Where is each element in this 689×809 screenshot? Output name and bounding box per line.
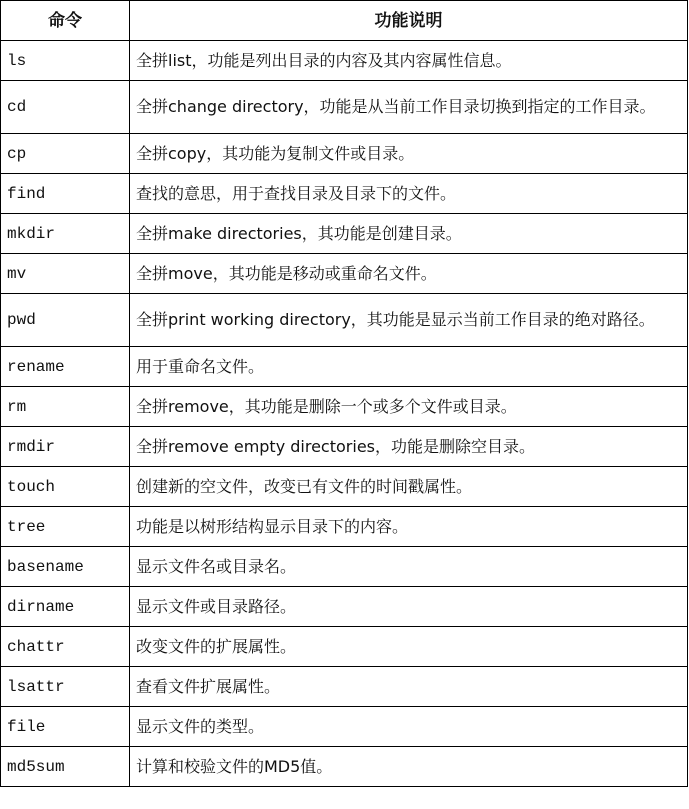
- command-cell: md5sum: [1, 747, 130, 787]
- command-cell: rm: [1, 387, 130, 427]
- description-cell: 改变文件的扩展属性。: [130, 627, 688, 667]
- command-cell: dirname: [1, 587, 130, 627]
- description-cell: 查找的意思，用于查找目录及目录下的文件。: [130, 174, 688, 214]
- description-cell: 全拼move，其功能是移动或重命名文件。: [130, 254, 688, 294]
- command-cell: pwd: [1, 294, 130, 347]
- table-row: touch 创建新的空文件，改变已有文件的时间戳属性。: [1, 467, 688, 507]
- table-row: lsattr 查看文件扩展属性。: [1, 667, 688, 707]
- table-row: pwd 全拼print working directory，其功能是显示当前工作…: [1, 294, 688, 347]
- table-row: rmdir 全拼remove empty directories，功能是删除空目…: [1, 427, 688, 467]
- command-cell: find: [1, 174, 130, 214]
- table-row: dirname 显示文件或目录路径。: [1, 587, 688, 627]
- command-cell: file: [1, 707, 130, 747]
- command-cell: touch: [1, 467, 130, 507]
- table-row: mkdir 全拼make directories，其功能是创建目录。: [1, 214, 688, 254]
- description-cell: 计算和校验文件的MD5值。: [130, 747, 688, 787]
- table-row: cp 全拼copy，其功能为复制文件或目录。: [1, 134, 688, 174]
- table-row: tree 功能是以树形结构显示目录下的内容。: [1, 507, 688, 547]
- command-cell: rmdir: [1, 427, 130, 467]
- table-row: mv 全拼move，其功能是移动或重命名文件。: [1, 254, 688, 294]
- command-table: 命令 功能说明 ls 全拼list，功能是列出目录的内容及其内容属性信息。 cd…: [0, 0, 688, 787]
- table-row: find 查找的意思，用于查找目录及目录下的文件。: [1, 174, 688, 214]
- command-cell: mv: [1, 254, 130, 294]
- description-cell: 查看文件扩展属性。: [130, 667, 688, 707]
- description-cell: 全拼print working directory，其功能是显示当前工作目录的绝…: [130, 294, 688, 347]
- header-description: 功能说明: [130, 1, 688, 41]
- description-cell: 全拼remove empty directories，功能是删除空目录。: [130, 427, 688, 467]
- command-cell: lsattr: [1, 667, 130, 707]
- command-cell: cd: [1, 81, 130, 134]
- table-row: cd 全拼change directory，功能是从当前工作目录切换到指定的工作…: [1, 81, 688, 134]
- command-cell: tree: [1, 507, 130, 547]
- command-cell: cp: [1, 134, 130, 174]
- description-cell: 全拼copy，其功能为复制文件或目录。: [130, 134, 688, 174]
- header-command: 命令: [1, 1, 130, 41]
- command-cell: chattr: [1, 627, 130, 667]
- description-cell: 功能是以树形结构显示目录下的内容。: [130, 507, 688, 547]
- description-cell: 显示文件的类型。: [130, 707, 688, 747]
- table-header-row: 命令 功能说明: [1, 1, 688, 41]
- description-cell: 创建新的空文件，改变已有文件的时间戳属性。: [130, 467, 688, 507]
- description-cell: 全拼make directories，其功能是创建目录。: [130, 214, 688, 254]
- table-row: md5sum 计算和校验文件的MD5值。: [1, 747, 688, 787]
- table-row: chattr 改变文件的扩展属性。: [1, 627, 688, 667]
- command-cell: ls: [1, 41, 130, 81]
- description-cell: 全拼remove，其功能是删除一个或多个文件或目录。: [130, 387, 688, 427]
- table-row: rm 全拼remove，其功能是删除一个或多个文件或目录。: [1, 387, 688, 427]
- description-cell: 全拼change directory，功能是从当前工作目录切换到指定的工作目录。: [130, 81, 688, 134]
- table-row: rename 用于重命名文件。: [1, 347, 688, 387]
- table-row: basename 显示文件名或目录名。: [1, 547, 688, 587]
- table-row: file 显示文件的类型。: [1, 707, 688, 747]
- description-cell: 全拼list，功能是列出目录的内容及其内容属性信息。: [130, 41, 688, 81]
- description-cell: 显示文件名或目录名。: [130, 547, 688, 587]
- command-cell: basename: [1, 547, 130, 587]
- table-row: ls 全拼list，功能是列出目录的内容及其内容属性信息。: [1, 41, 688, 81]
- command-cell: rename: [1, 347, 130, 387]
- command-cell: mkdir: [1, 214, 130, 254]
- description-cell: 显示文件或目录路径。: [130, 587, 688, 627]
- description-cell: 用于重命名文件。: [130, 347, 688, 387]
